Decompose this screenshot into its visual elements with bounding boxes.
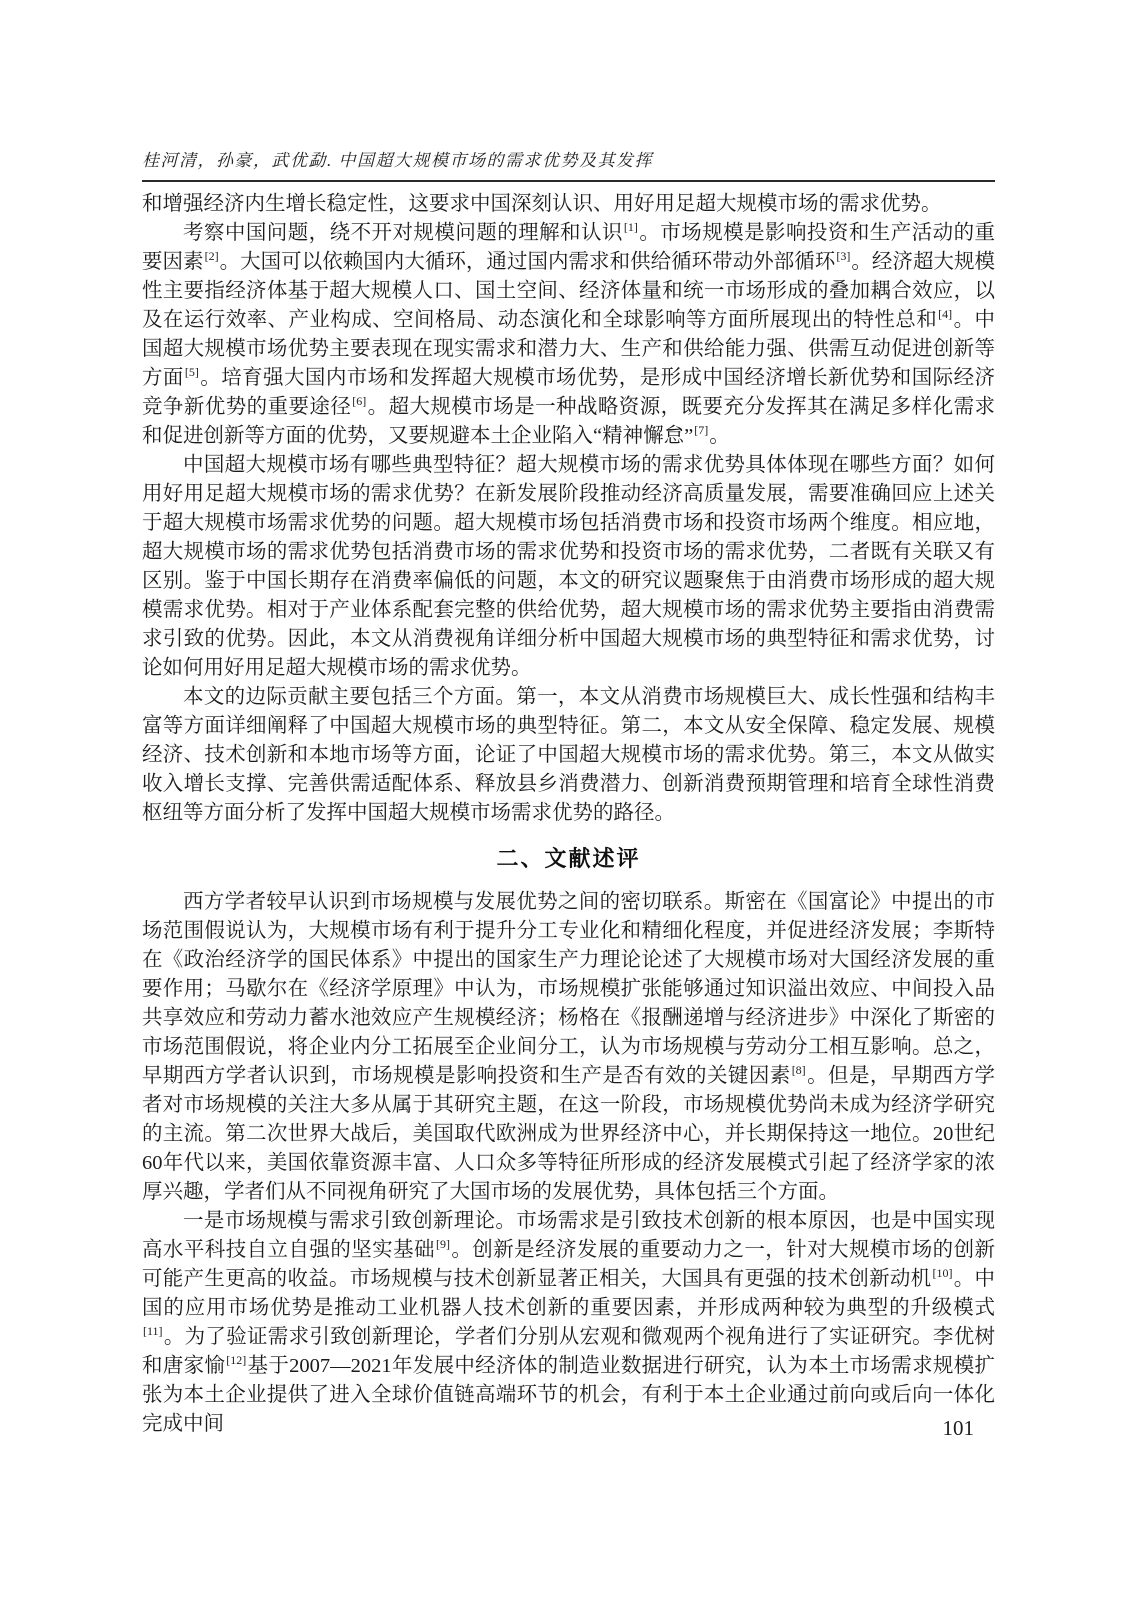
footnote-ref: [1] (623, 220, 639, 234)
text-run: 。大国可以依赖国内大循环，通过国内需求和供给循环带动外部循环 (220, 251, 836, 273)
paragraph: 考察中国问题，绕不开对规模问题的理解和认识[1]。市场规模是影响投资和生产活动的… (142, 219, 995, 451)
footnote-ref: [9] (435, 1237, 451, 1251)
paragraph: 中国超大规模市场有哪些典型特征？超大规模市场的需求优势具体体现在哪些方面？如何用… (142, 451, 995, 683)
footnote-ref: [4] (937, 307, 953, 321)
text-run: 西方学者较早认识到市场规模与发展优势之间的密切联系。斯密在《国富论》中提出的市场… (142, 891, 995, 1087)
page-number: 101 (943, 1416, 975, 1441)
paragraph: 一是市场规模与需求引致创新理论。市场需求是引致技术创新的根本原因，也是中国实现高… (142, 1207, 995, 1439)
paragraph: 本文的边际贡献主要包括三个方面。第一，本文从消费市场规模巨大、成长性强和结构丰富… (142, 683, 995, 828)
section-heading: 二、文献述评 (142, 844, 995, 873)
body-text: 和增强经济内生增长稳定性，这要求中国深刻认识、用好用足超大规模市场的需求优势。考… (142, 190, 995, 1439)
text-run: 基于2007—2021年发展中经济体的制造业数据进行研究，认为本土市场需求规模扩… (142, 1355, 995, 1435)
footnote-ref: [12] (225, 1353, 247, 1367)
footnote-ref: [7] (693, 423, 709, 437)
footnote-ref: [3] (835, 249, 851, 263)
footnote-ref: [8] (791, 1063, 807, 1077)
text-run: 和增强经济内生增长稳定性，这要求中国深刻认识、用好用足超大规模市场的需求优势。 (142, 193, 942, 215)
page-content: 桂河清，孙豪，武优勐. 中国超大规模市场的需求优势及其发挥 和增强经济内生增长稳… (142, 146, 995, 1439)
text-run: 本文的边际贡献主要包括三个方面。第一，本文从消费市场规模巨大、成长性强和结构丰富… (142, 686, 995, 824)
text-run: 中国超大规模市场有哪些典型特征？超大规模市场的需求优势具体体现在哪些方面？如何用… (142, 454, 995, 679)
footnote-ref: [6] (351, 394, 367, 408)
text-run: 考察中国问题，绕不开对规模问题的理解和认识 (183, 222, 623, 244)
footnote-ref: [5] (184, 365, 200, 379)
page: 桂河清，孙豪，武优勐. 中国超大规模市场的需求优势及其发挥 和增强经济内生增长稳… (0, 0, 1140, 1600)
footnote-ref: [11] (142, 1324, 164, 1338)
running-header: 桂河清，孙豪，武优勐. 中国超大规模市场的需求优势及其发挥 (142, 146, 995, 182)
text-run: 。 (709, 425, 730, 447)
footnote-ref: [10] (931, 1266, 953, 1280)
paragraph: 和增强经济内生增长稳定性，这要求中国深刻认识、用好用足超大规模市场的需求优势。 (142, 190, 995, 219)
paragraph: 西方学者较早认识到市场规模与发展优势之间的密切联系。斯密在《国富论》中提出的市场… (142, 888, 995, 1207)
footnote-ref: [2] (204, 249, 220, 263)
